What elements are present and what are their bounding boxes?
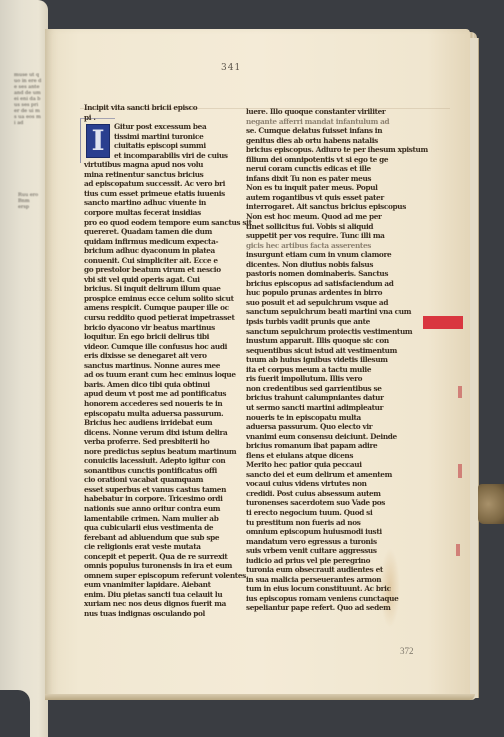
text-line: vocaui cuius videns virtutes non	[246, 479, 411, 489]
text-line: tum in eius locum constituunt. Ac bric	[246, 584, 411, 594]
text-line: mandatum vero egressus a turonis	[246, 537, 411, 547]
text-line: videor. Cumque ille confusus hoc audi	[84, 342, 234, 352]
rubric-line: Incipit vita sancti bricii episco	[84, 103, 234, 113]
text-line: qua cubicularii eius vestimenta de	[84, 523, 234, 533]
text-line: cie religionis erat veste mutata	[84, 542, 234, 552]
text-line: cursu reddito quod petierat impetrasset	[84, 313, 234, 323]
text-line: Non es tu inquit pater meus. Popul	[246, 183, 411, 193]
text-line: iudicio ad prius vel pie peregrino	[246, 556, 411, 566]
text-line: mina retinentur sanctus bricius	[84, 170, 234, 180]
text-line: turonenses sacerdotem suo Vade pos	[246, 498, 411, 508]
background-corner	[0, 690, 30, 737]
text-line: episcopatu multa aduersa passurum.	[84, 409, 234, 419]
text-line: turonia eum obsecrauit audientes et	[246, 565, 411, 575]
red-edge-mark	[458, 464, 462, 478]
text-line: eris dixisse se denegaret ait vero	[84, 351, 234, 361]
text-line: sequentibus sicut istud ait vestimentum	[246, 346, 411, 356]
text-line: dicentes. Non diutius nobis falsus	[246, 260, 411, 270]
text-line: pro eo quod eodem tempore eum sanctus si…	[84, 218, 234, 228]
text-line: honorem accederes sed noueris te in	[84, 399, 234, 409]
text-line: corpore multas fecerat insidias	[84, 208, 234, 218]
text-line: tu prestitum non fueris ad nos	[246, 518, 411, 528]
text-line: vbi sit vel quid operis agat. Cui	[84, 275, 234, 285]
text-line: in sua malicia perseuerantes armon	[246, 575, 411, 585]
text-line: gicis hec artibus facta asserentes	[246, 241, 411, 251]
text-line: bricio dyacono vir beatus martinus	[84, 323, 234, 333]
text-line: Bricius hec audiens irridebat eum	[84, 418, 234, 428]
text-line: conuiciis lacessiuit. Adepto igitur con	[84, 456, 234, 466]
text-line: enim. Diu pietas sancti tua celauit lu	[84, 590, 234, 600]
text-line: suo posuit et ad sepulchrum vsque ad	[246, 298, 411, 308]
text-line: tissimi martini turonice	[84, 132, 234, 142]
text-line: vnanimi eum consensu deiciunt. Deinde	[246, 432, 411, 442]
text-line: suis vrbem venit cuitare aggressus	[246, 546, 411, 556]
text-line: insurgunt etiam cum in vnum clamore	[246, 250, 411, 260]
text-line: credidi. Post cuius absessum autem	[246, 489, 411, 499]
text-column-left: Incipit vita sancti bricii episco pi . G…	[84, 103, 234, 619]
text-line: ius episcopus romam veniens cunctaque	[246, 594, 411, 604]
text-line: ciuitatis episcopi summi	[84, 141, 234, 151]
text-line: loquitur. En ego bricii delirus tibi	[84, 332, 234, 342]
text-line: pastoris nomen dominaberis. Sanctus	[246, 269, 411, 279]
text-line: ut sermo sancti martini adimpleatur	[246, 403, 411, 413]
text-line: sanctum sepulchrum beati martini vna cum	[246, 307, 411, 317]
text-line: omnis populus turonensis in ira et eum	[84, 561, 234, 571]
text-line: suppetit per vos require. Tunc illi ma	[246, 231, 411, 241]
text-line: tuum ab huius ignibus videtis illesum	[246, 355, 411, 365]
text-line: sanctus martinus. Nonne aures mee	[84, 361, 234, 371]
left-page-text-secondary: Ruu ero Bnm ersp	[18, 192, 42, 210]
text-line: go prestolor beatum virum et nescio	[84, 265, 234, 275]
text-line: bricius episcopus. Adiuro te per ihesum …	[246, 145, 411, 155]
text-line: interrogaret. Ait sanctus bricius episco…	[246, 202, 411, 212]
text-line: dicens. Nonne verum dixi istum delira	[84, 428, 234, 438]
left-page-text: muse ut quo in ere de ses ante and de um…	[14, 72, 42, 126]
text-line: eum vnanimiter lapidare. Aiebant	[84, 580, 234, 590]
text-line: omnem super episcopum referunt volentes	[84, 571, 234, 581]
text-line: negante afferri mandat infantulum ad	[246, 117, 411, 127]
text-line: se. Cumque delatus fuisset infans in	[246, 126, 411, 136]
red-edge-mark	[458, 386, 462, 398]
text-line: cio orationi vacabat quamquam	[84, 475, 234, 485]
red-edge-mark	[456, 544, 460, 556]
text-line: ti erecto negocium tuum. Quod si	[246, 508, 411, 518]
text-line: Gitur post excessum bea	[84, 122, 234, 132]
text-line: concepit et peperit. Qua de re surrexit	[84, 552, 234, 562]
text-line: nerui coram cunctis edicas et ille	[246, 164, 411, 174]
text-line: bricius. Si inquit delirum illum quae	[84, 284, 234, 294]
text-line: quidam infirmus medicum expecta-	[84, 237, 234, 247]
text-line: bricium adhuc dyaconum in platea	[84, 246, 234, 256]
text-line: aduersa passurum. Quo electo vir	[246, 422, 411, 432]
text-line: bricius romanum ibat papam adire	[246, 441, 411, 451]
text-line: non credentibus sed garrientibus se	[246, 384, 411, 394]
text-line: ferebant ad abluendum que sub spe	[84, 533, 234, 543]
folio-number: 341	[221, 63, 241, 73]
text-line: ris fuerit impollutum. Illis vero	[246, 374, 411, 384]
text-line: conuenit. Cui simpliciter ait. Ecce e	[84, 256, 234, 266]
text-line: verba proferre. Sed presbiterii ho	[84, 437, 234, 447]
text-line: sancto dei et eum delirum et amentem	[246, 470, 411, 480]
text-line: nore predictus sepius beatum martinum	[84, 447, 234, 457]
text-line: autem rogantibus vt quis esset pater	[246, 193, 411, 203]
text-line: infans dixit Tu non es pater meus	[246, 174, 411, 184]
text-line: Non est hoc meum. Quod ad me per	[246, 212, 411, 222]
text-line: baris. Amen dico tibi quia obtinui	[84, 380, 234, 390]
text-line: ad os tuum erant cum hec eminus loque	[84, 370, 234, 380]
text-line: nus tuas indignas osculando pol	[84, 609, 234, 619]
text-line: tinet sollicitus fui. Vobis si aliquid	[246, 222, 411, 232]
text-line: sancto martino adhuc viuente in	[84, 198, 234, 208]
text-line: ad episcopatum successit. Ac vero bri	[84, 179, 234, 189]
facing-left-page: muse ut quo in ere de ses ante and de um…	[0, 0, 48, 737]
text-line: nationis sue anno oritur contra eum	[84, 504, 234, 514]
rubric-line: pi .	[84, 113, 234, 123]
text-line: quereret. Quadam tamen die dum	[84, 227, 234, 237]
text-line: lamentabile crimen. Nam mulier ab	[84, 514, 234, 524]
text-line: luere. Illo quoque constanter viriliter	[246, 107, 411, 117]
text-line: sonantibus cunctis pontificatus offi	[84, 466, 234, 476]
text-line: tius cum esset primeue etatis iuuenis	[84, 189, 234, 199]
text-line: filium dei omnipotentis vt si ego te ge	[246, 155, 411, 165]
text-line: apud deum vt post me ad pontificatus	[84, 389, 234, 399]
red-bookmark-tab	[423, 316, 463, 329]
text-line: xuriam nec nos deus dignos fuerit ma	[84, 599, 234, 609]
page-bottom-edge	[45, 694, 475, 700]
book-clasp	[478, 484, 504, 524]
text-line: genitus dies ab ortu habens natalis	[246, 136, 411, 146]
text-line: Merito hec patior quia peccaui	[246, 460, 411, 470]
text-line: bricius trahunt calumpniantes datur	[246, 393, 411, 403]
text-line: ipsis turbis vadit prunis que ante	[246, 317, 411, 327]
text-line: virtutibus magna apud nos volu	[84, 160, 234, 170]
text-line: habebatur in corpore. Tricesimo ordi	[84, 494, 234, 504]
text-line: sanctum sepulchrum proiectis vestimentum	[246, 327, 411, 337]
text-line: noueris te in episcopatu multa	[246, 413, 411, 423]
text-line: flens et eiulans atque dicens	[246, 451, 411, 461]
text-line: omnium episcopum huiusmodi iusti	[246, 527, 411, 537]
text-line: ita et corpus meum a tactu mulie	[246, 365, 411, 375]
text-line: sepeliantur pape refert. Quo ad sedem	[246, 603, 411, 613]
text-line: bricius episcopus ad satisfaciendum ad	[246, 279, 411, 289]
text-line: esset superbus et vanus castus tamen	[84, 485, 234, 495]
text-line: huc populo prunas ardentes in birro	[246, 288, 411, 298]
text-column-right: luere. Illo quoque constanter viriliter …	[246, 107, 411, 613]
page-number: 372	[400, 646, 414, 656]
page-fore-edge-outer	[470, 38, 479, 698]
text-line: inustum apparuit. Illis quoque sic con	[246, 336, 411, 346]
text-line: et incomparabilis viri de cuius	[84, 151, 234, 161]
text-line: amens respicit. Cumque pauper ille oc	[84, 303, 234, 313]
text-line: prospice eminus ecce celum solito sicut	[84, 294, 234, 304]
